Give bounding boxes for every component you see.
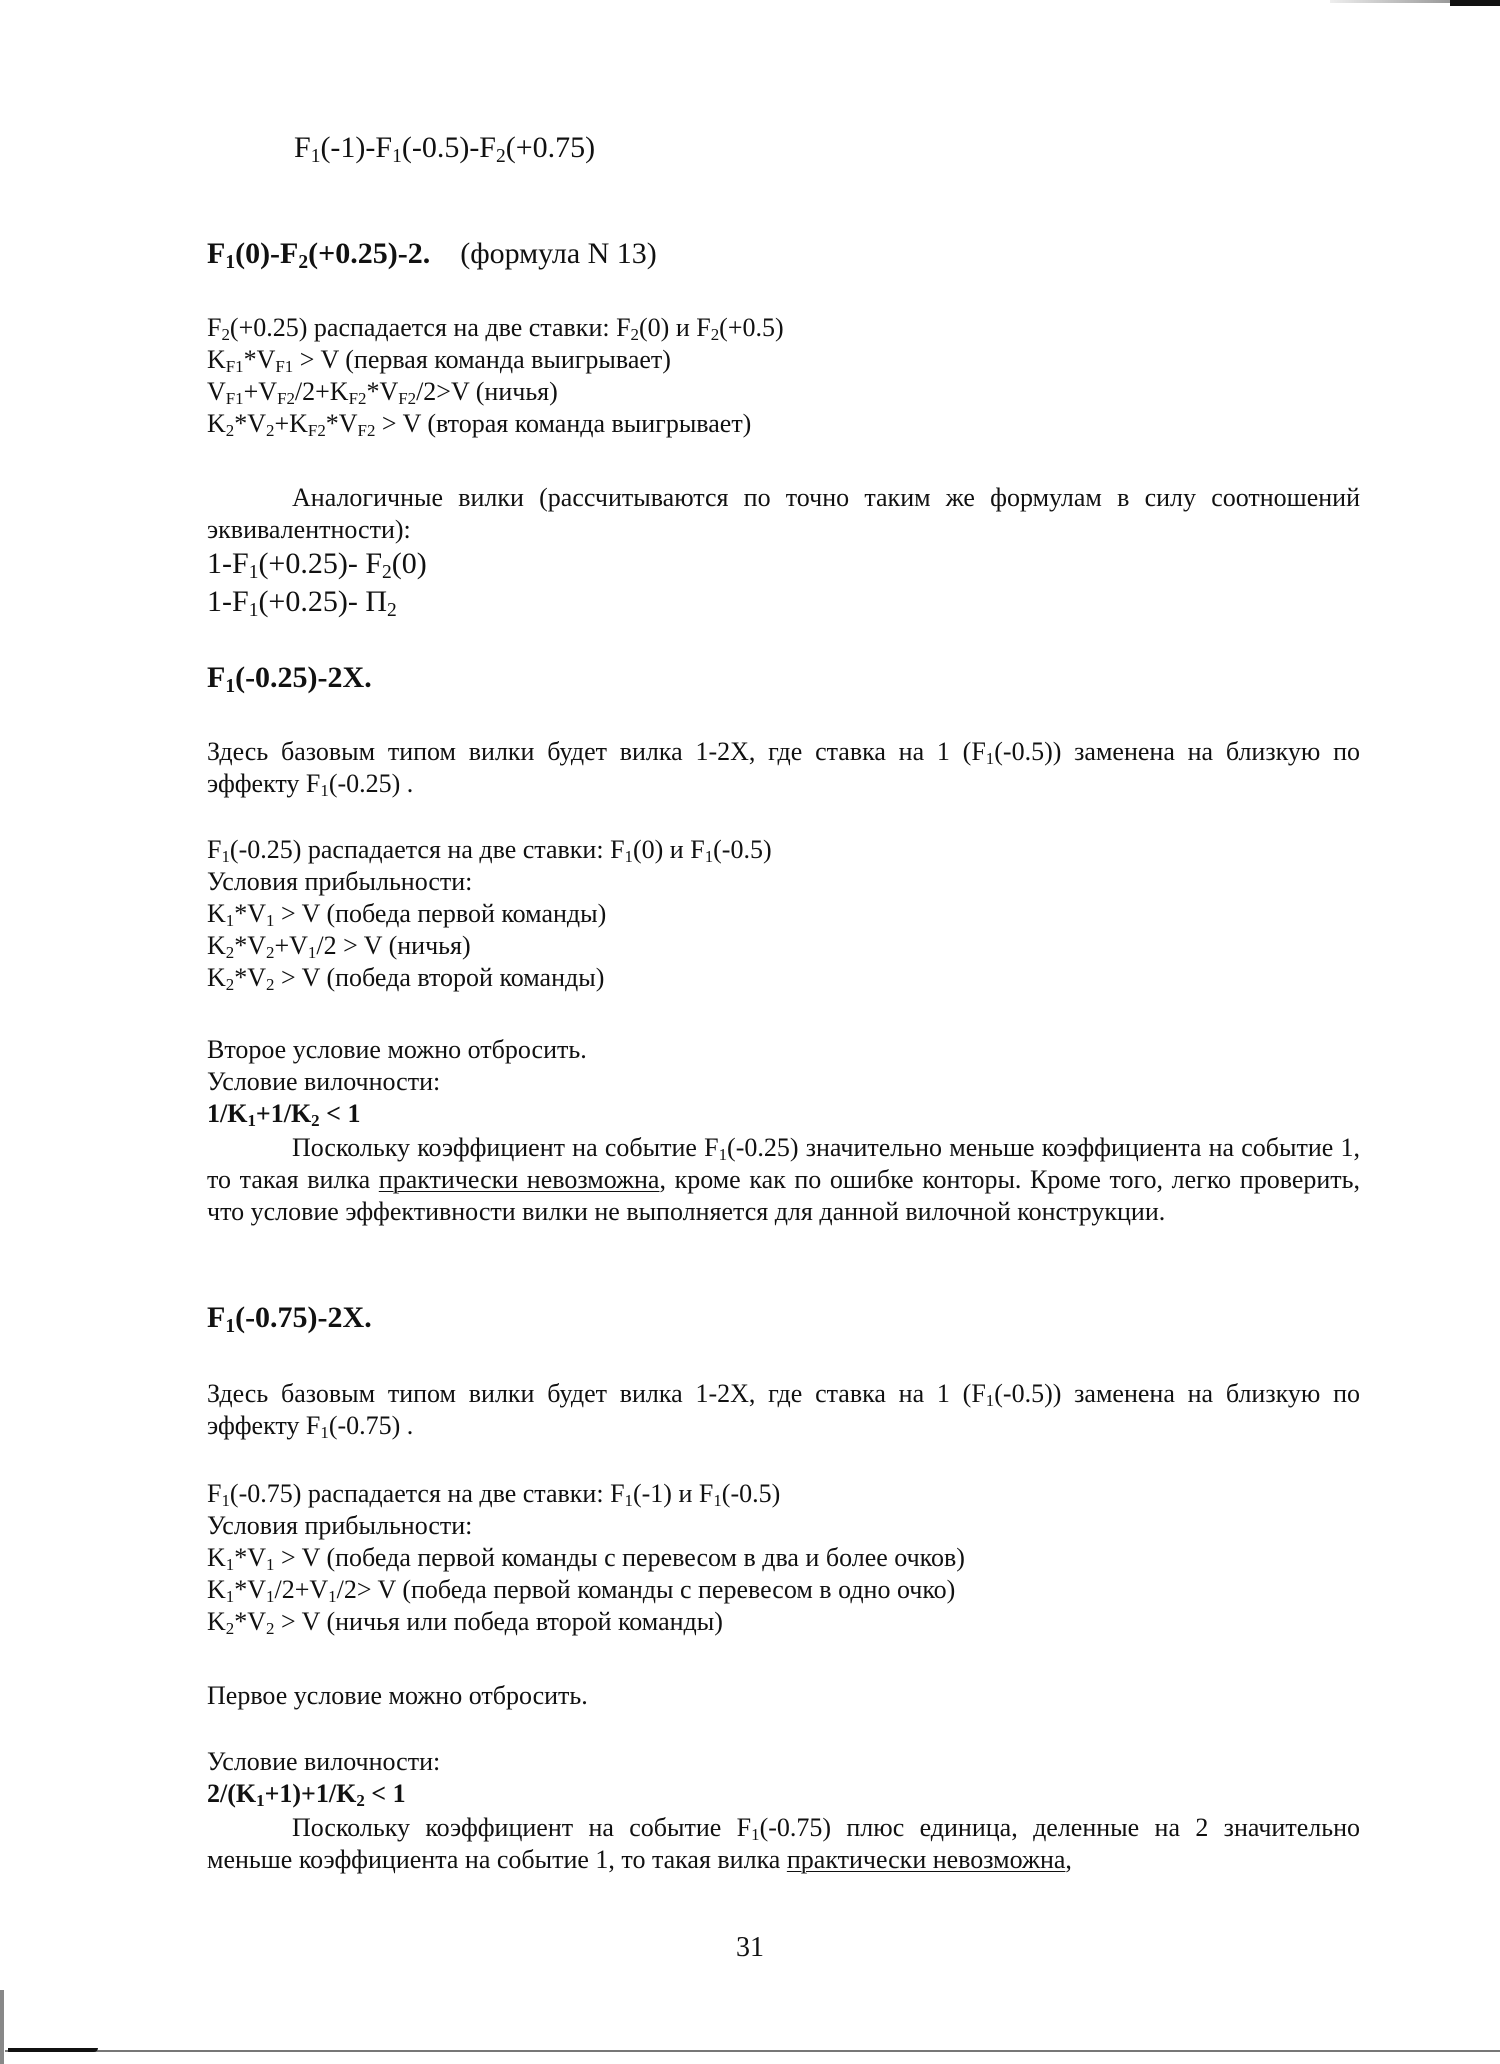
scan-artifact-left-edge [0,1990,4,2064]
analog-fork: 1-F1(+0.25)- F2(0) [207,546,427,582]
condition-line: K2*V2+KF2*VF2 > V (вторая команда выигры… [207,408,751,440]
condition-line: K1*V1/2+V1/2> V (победа первой команды с… [207,1574,955,1606]
section-intro: Здесь базовым типом вилки будет вилка 1-… [207,736,1360,800]
condition-line: K1*V1 > V (победа первой команды с перев… [207,1542,965,1574]
fork-label: Условие вилочности: [207,1066,440,1098]
fork-condition: 2/(K1+1)+1/K2 < 1 [207,1778,406,1810]
split-line: F1(-0.75) распадается на две ставки: F1(… [207,1478,780,1510]
condition-line: K2*V2 > V (ничья или победа второй коман… [207,1606,723,1638]
discard-note: Второе условие можно отбросить. [207,1034,587,1066]
scan-artifact-corner [1450,0,1500,6]
analog-paragraph: Аналогичные вилки (рассчитываются по точ… [207,482,1360,546]
profit-label: Условия прибыльности: [207,1510,472,1542]
section-heading-f1-minus-025: F1(-0.25)-2X. [207,660,372,696]
page-number: 31 [0,1932,1500,1964]
heading-formula: F1(0)-F2(+0.25)-2. [207,237,430,270]
scan-artifact-bottom-curl [8,2048,98,2052]
scan-artifact-top [1330,0,1450,3]
underlined-phrase: практически невозможна [787,1845,1066,1874]
section-heading-f1-minus-075: F1(-0.75)-2X. [207,1300,372,1336]
condition-line: KF1*VF1 > V (первая команда выигрывает) [207,344,671,376]
conclusion-paragraph: Поскольку коэффициент на событие F1(-0.2… [207,1132,1360,1228]
fork-condition: 1/K1+1/K2 < 1 [207,1098,360,1130]
section-intro: Здесь базовым типом вилки будет вилка 1-… [207,1378,1360,1442]
top-formula: F1(-1)-F1(-0.5)-F2(+0.75) [294,130,595,166]
profit-label: Условия прибыльности: [207,866,472,898]
analog-fork: 1-F1(+0.25)- П2 [207,584,397,620]
discard-note: Первое условие можно отбросить. [207,1680,588,1712]
heading-note: (формула N 13) [460,237,657,270]
scan-artifact-bottom-line [5,2050,1500,2052]
split-line: F1(-0.25) распадается на две ставки: F1(… [207,834,772,866]
fork-label: Условие вилочности: [207,1746,440,1778]
section-heading-f1-0: F1(0)-F2(+0.25)-2. (формула N 13) [207,236,657,272]
condition-line: VF1+VF2/2+KF2*VF2/2>V (ничья) [207,376,558,408]
conclusion-text: Поскольку коэффициент на событие F1(-0.7… [207,1813,1360,1874]
condition-line: K2*V2+V1/2 > V (ничья) [207,930,471,962]
condition-line: K2*V2 > V (победа второй команды) [207,962,604,994]
split-line: F2(+0.25) распадается на две ставки: F2(… [207,312,784,344]
conclusion-paragraph: Поскольку коэффициент на событие F1(-0.7… [207,1812,1360,1876]
condition-line: K1*V1 > V (победа первой команды) [207,898,606,930]
underlined-phrase: практически невозможна [379,1165,660,1194]
conclusion-text: , [1065,1845,1072,1874]
